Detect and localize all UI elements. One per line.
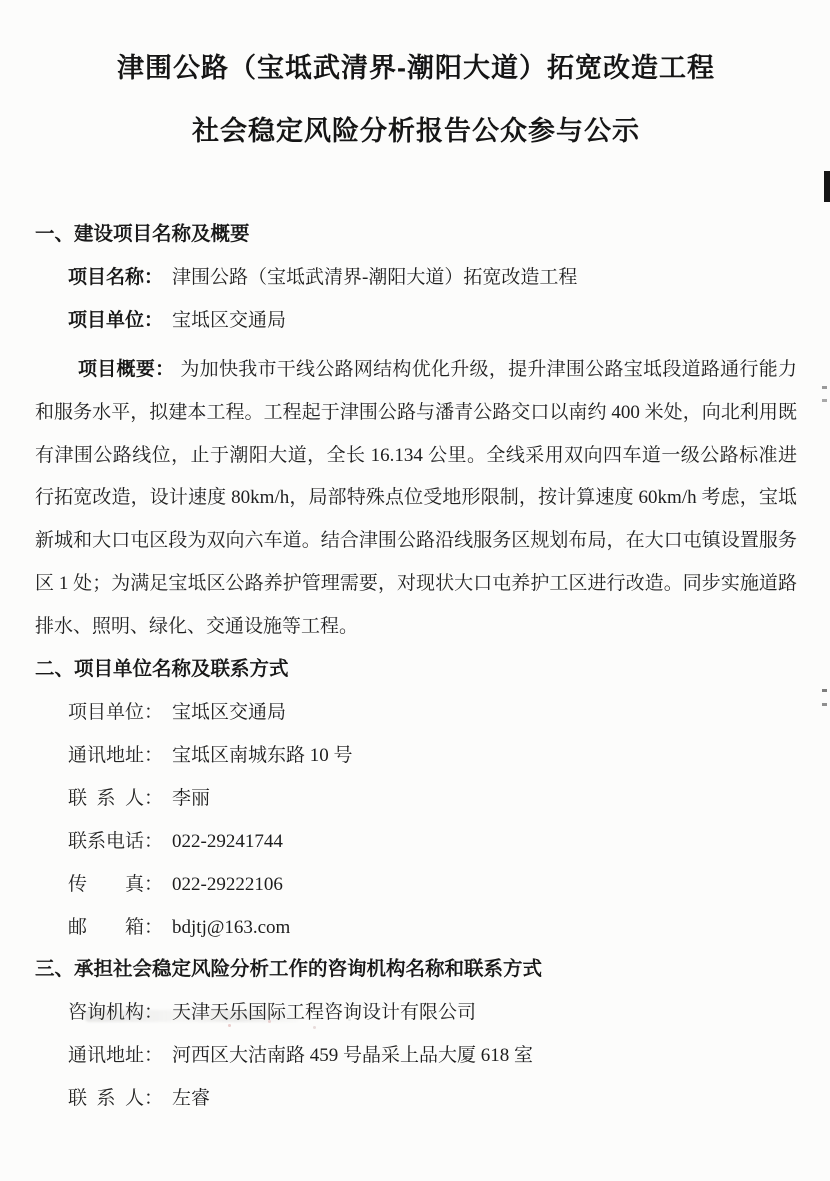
field-mailing-address: 通讯地址：宝坻区南城东路 10 号 <box>35 734 797 777</box>
field-value: 河西区大沽南路 459 号晶采上品大厦 618 室 <box>172 1045 533 1066</box>
scan-artifact-bleed-mark <box>822 386 827 389</box>
section1-heading: 一、建设项目名称及概要 <box>35 212 797 256</box>
scan-artifact-bleed-mark <box>822 689 827 692</box>
field-value: 022-29241744 <box>172 831 283 852</box>
section2-heading: 二、项目单位名称及联系方式 <box>35 647 797 691</box>
field-value: 李丽 <box>172 788 210 809</box>
scan-speckles <box>228 1024 231 1027</box>
field-label: 通讯地址： <box>68 1045 163 1066</box>
field-value: 022-29222106 <box>172 874 283 895</box>
field-phone: 联系电话：022-29241744 <box>35 820 797 863</box>
field-project-unit: 项目单位：宝坻区交通局 <box>35 299 797 342</box>
field-label: 传 真： <box>68 874 163 895</box>
scan-smudge <box>85 1010 300 1022</box>
field-mailing-address: 通讯地址：河西区大沽南路 459 号晶采上品大厦 618 室 <box>35 1034 797 1077</box>
scanned-notice-page: 津围公路（宝坻武清界-潮阳大道）拓宽改造工程 社会稳定风险分析报告公众参与公示 … <box>0 0 830 1181</box>
field-label: 项目名称： <box>68 267 163 288</box>
field-value: 宝坻区交通局 <box>172 702 286 723</box>
field-label: 项目概要： <box>78 359 174 380</box>
scan-artifact-black-bar <box>824 171 830 202</box>
doc-title-line2: 社会稳定风险分析报告公众参与公示 <box>35 113 797 149</box>
field-label: 联 系 人： <box>68 788 163 809</box>
field-label: 邮 箱： <box>68 917 163 938</box>
field-value: 津围公路（宝坻武清界-潮阳大道）拓宽改造工程 <box>172 267 577 288</box>
field-contact-person: 联 系 人：左睿 <box>35 1077 797 1120</box>
field-project-unit: 项目单位：宝坻区交通局 <box>35 691 797 734</box>
field-project-name: 项目名称：津围公路（宝坻武清界-潮阳大道）拓宽改造工程 <box>35 256 797 299</box>
field-contact-person: 联 系 人：李丽 <box>35 777 797 820</box>
field-value: 宝坻区南城东路 10 号 <box>172 745 353 766</box>
section3-heading: 三、承担社会稳定风险分析工作的咨询机构名称和联系方式 <box>35 947 797 991</box>
project-summary-paragraph: 项目概要：为加快我市干线公路网结构优化升级，提升津围公路宝坻段道路通行能力和服务… <box>35 349 797 649</box>
paragraph-text: 为加快我市干线公路网结构优化升级，提升津围公路宝坻段道路通行能力和服务水平，拟建… <box>35 359 797 637</box>
field-label: 项目单位： <box>68 310 163 331</box>
page-content: 津围公路（宝坻武清界-潮阳大道）拓宽改造工程 社会稳定风险分析报告公众参与公示 … <box>0 0 830 1120</box>
field-label: 联 系 人： <box>68 1088 163 1109</box>
field-label: 通讯地址： <box>68 745 163 766</box>
field-label: 项目单位： <box>68 702 163 723</box>
field-value: 左睿 <box>172 1088 210 1109</box>
field-value: bdjtj@163.com <box>172 917 290 938</box>
field-fax: 传 真：022-29222106 <box>35 863 797 906</box>
field-value: 宝坻区交通局 <box>172 310 286 331</box>
field-email: 邮 箱：bdjtj@163.com <box>35 906 797 949</box>
doc-title-line1: 津围公路（宝坻武清界-潮阳大道）拓宽改造工程 <box>35 50 797 86</box>
field-label: 联系电话： <box>68 831 163 852</box>
